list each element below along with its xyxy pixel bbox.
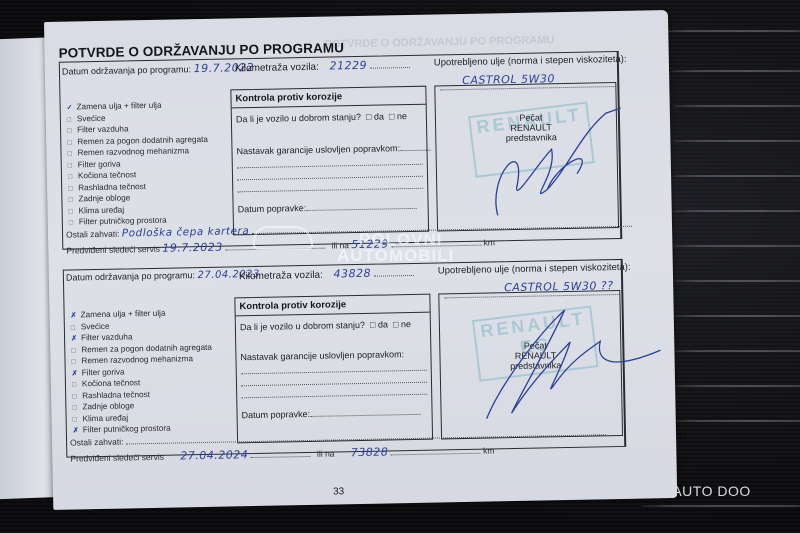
other-work-label: Ostali zahvati: [66,229,120,240]
yes-option: da [374,111,384,121]
checklist-item-label: Remen za pogon dodatnih agregata [81,342,212,354]
seat-stitch [672,315,800,317]
mileage-label: Kilometraža vozila: [239,270,323,283]
warranty-repair-label: Nastavak garancije uslovljen popravkom: [232,127,426,157]
warranty-repair-text: Nastavak garancije uslovljen popravkom: [240,349,404,362]
checklist-item-label: Klima uređaj [79,205,125,215]
checkbox-icon: □ [389,111,395,121]
dotted-line [241,377,427,387]
checkbox-icon: □ [67,126,73,137]
mileage-row: Kilometraža vozila: 43828 [239,266,414,282]
checklist-item-label: Filter vazduha [81,332,133,342]
corrosion-question-text: Da li je vozilo u dobrom stanju? [236,112,361,124]
mileage-label: Kilometraža vozila: [235,62,319,75]
car-logo-icon [253,226,313,250]
checkbox-icon: □ [370,320,376,330]
km-label: km [483,237,495,247]
dotted-line [370,58,410,69]
dotted-line [391,444,481,456]
corrosion-control-box: Kontrola protiv korozije Da li je vozilo… [230,86,429,236]
seat-stitch [672,140,800,142]
checklist-item-label: Filter goriva [82,367,125,377]
checkbox-icon: □ [68,172,74,183]
seat-stitch [660,30,800,32]
mileage-value: 21229 [329,59,367,73]
seat-stitch [670,70,800,72]
checklist-item-label: Rashladna tečnost [78,182,146,192]
checklist-item-label: Zamena ulja + filter ulja [77,101,162,112]
repair-date-text: Datum popravke: [238,203,307,214]
dealer-name: A.C. TAJ AUTO DOO [610,483,751,499]
checkmark-icon: ✗ [71,334,77,345]
checklist-item-label: Remen razvodnog mehanizma [81,354,193,365]
show-through-title: POTVRDE O ODRŽAVANJU PO PROGRAMU [324,34,554,50]
checkbox-icon: □ [69,207,75,218]
checklist-item-label: Filter putničkog prostora [83,424,171,435]
maintenance-date-row: Datum održavanja po programu: 27.04.2023 [66,269,260,284]
next-service-date: 19.7.2023 [162,241,223,255]
checkbox-icon: □ [67,115,73,126]
km-label: km [483,445,495,455]
checkbox-icon: □ [67,149,73,160]
checklist-item-label: Svećice [81,321,110,331]
dotted-line [250,447,310,458]
warranty-repair-text: Nastavak garancije uslovljen popravkom: [236,143,400,156]
seat-stitch [672,385,800,387]
checklist-item-label: Zadnje obloge [82,401,134,411]
seat-stitch [672,420,800,422]
next-service-label: Predviđeni sledeći servis [66,244,160,256]
dotted-line [310,405,420,417]
corrosion-question-text: Da li je vozilo u dobrom stanju? [240,320,365,332]
checklist-item-label: Zadnje obloge [78,193,130,203]
checkmark-icon: ✗ [71,311,77,322]
watermark-line: AUTOMOBILI [283,248,454,264]
service-checklist: ✓Zamena ulja + filter ulja □Svećice □Fil… [67,100,210,229]
checkmark-icon: ✓ [67,103,73,114]
checklist-item-label: Kočiona tečnost [78,170,136,180]
polovni-automobili-watermark: POLOVNI AUTOMOBILI [283,232,454,264]
oil-used-label: Upotrebljeno ulje (norma i stepen viskoz… [434,54,627,69]
checklist-item-label: Remen razvodnog mehanizma [77,146,189,157]
maintenance-date-row: Datum održavanja po programu: 19.7.2022 [62,61,254,78]
dotted-line [237,171,423,181]
page-number: 33 [333,486,344,497]
seat-stitch [672,175,800,177]
seat-stitch [672,105,800,107]
maintenance-date-label: Datum održavanja po programu: [62,64,191,76]
checkbox-icon: □ [67,138,73,149]
checkbox-icon: □ [72,380,78,391]
signature-icon [455,92,657,226]
checklist-item-label: Remen za pogon dodatnih agregata [77,134,208,146]
checkbox-icon: □ [73,415,79,426]
checkmark-icon: ✗ [72,369,78,380]
mileage-value: 43828 [333,267,371,281]
checkbox-icon: □ [366,112,372,122]
checkbox-icon: □ [71,323,77,334]
checklist-item-label: Rashladna tečnost [82,390,150,400]
signature-icon [459,300,661,434]
checkbox-icon: □ [68,161,74,172]
service-checklist: ✗Zamena ulja + filter ulja □Svećice ✗Fil… [71,308,214,437]
checklist-item-label: Zamena ulja + filter ulja [81,309,166,320]
corrosion-control-box: Kontrola protiv korozije Da li je vozilo… [234,294,433,444]
maintenance-date-label: Datum održavanja po programu: [66,270,195,282]
dotted-line [400,141,430,152]
repair-date-label: Datum popravke: [233,189,427,215]
seat-stitch [672,245,800,247]
next-service-date: 27.04.2024 [180,448,248,462]
next-service-km: 73828 [351,445,389,459]
checkbox-icon: □ [72,403,78,414]
dealer-stamp-box: RENAULT EC Pečat RENAULT predstavnika [438,290,623,439]
other-work-value: Podloška čepa kartera [122,225,250,239]
seat-stitch [672,350,800,352]
other-work-label: Ostali zahvati: [70,437,124,448]
or-at-label: ili na [317,449,335,459]
dotted-line [306,199,416,211]
checklist-item-label: Filter goriva [78,159,121,169]
dotted-line [241,365,427,375]
oil-used-label: Upotrebljeno ulje (norma i stepen viskoz… [438,262,631,277]
checklist-item-label: Klima uređaj [83,413,129,423]
seat-stitch [672,280,800,282]
yes-option: da [378,319,388,329]
checklist-item-label: Filter vazduha [77,124,129,134]
mileage-row: Kilometraža vozila: 21229 [235,58,410,74]
dotted-line [374,266,414,277]
no-option: ne [401,319,411,329]
checklist-item-label: Filter putničkog prostora [79,216,167,227]
no-option: ne [397,111,407,121]
seat-stitch [640,505,800,507]
checklist-item-label: Kočiona tečnost [82,378,140,388]
seat-stitch [672,210,800,212]
repair-date-text: Datum popravke: [241,409,310,420]
checkbox-icon: □ [71,357,77,368]
checklist-item-label: Svećice [77,113,106,123]
checkbox-icon: □ [68,184,74,195]
dotted-line [237,159,423,169]
checkbox-icon: □ [393,319,399,329]
checkbox-icon: □ [72,392,78,403]
dealer-stamp-box: RENAULT Pečat RENAULT predstavnika [434,82,619,231]
checkbox-icon: □ [68,195,74,206]
repair-date-label: Datum popravke: [237,395,431,421]
warranty-repair-label: Nastavak garancije uslovljen popravkom: [236,335,430,363]
next-service-label: Predviđeni sledeći servis [70,452,164,464]
checkbox-icon: □ [71,346,77,357]
